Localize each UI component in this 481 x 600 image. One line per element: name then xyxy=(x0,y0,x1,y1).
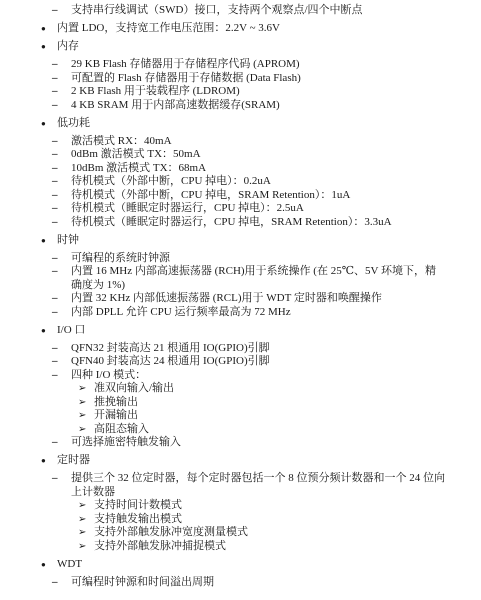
list-item-text: 定时器 xyxy=(57,454,445,468)
dash-icon: – xyxy=(52,436,71,450)
dash-icon: – xyxy=(52,58,71,72)
list-item-text: 支持时间计数模式 xyxy=(94,499,445,513)
list-item-text: 29 KB Flash 存储器用于存储程序代码 (APROM) xyxy=(71,58,445,72)
list-item: – 10dBm 激活模式 TX：68mA xyxy=(0,162,445,176)
list-item-text: 10dBm 激活模式 TX：68mA xyxy=(71,162,445,176)
list-item-text: 内置 16 MHz 内部高速振荡器 (RCH)用于系统操作 (在 25℃、5V … xyxy=(71,265,445,292)
bullet-icon: ● xyxy=(41,454,57,468)
bullet-icon: ● xyxy=(41,117,57,131)
arrow-icon: ➢ xyxy=(78,540,94,554)
list-item: ➢ 推挽输出 xyxy=(0,396,445,410)
list-item-text: 待机模式（睡眠定时器运行，CPU 掉电，SRAM Retention）：3.3u… xyxy=(71,216,445,230)
list-item: ➢ 开漏输出 xyxy=(0,409,445,423)
list-item: – 四种 I/O 模式： xyxy=(0,369,445,383)
bullet-icon: ● xyxy=(41,40,57,54)
list-item: – 可编程时钟源和时间溢出周期 xyxy=(0,576,445,590)
list-item-text: 0dBm 激活模式 TX：50mA xyxy=(71,148,445,162)
dash-icon: – xyxy=(52,216,71,230)
list-item-text: 内存 xyxy=(57,40,445,54)
list-item: – 待机模式（外部中断，CPU 掉电）：0.2uA xyxy=(0,175,445,189)
list-item-text: 内置 LDO，支持宽工作电压范围：2.2V ~ 3.6V xyxy=(57,22,445,36)
list-item: – 激活模式 RX：40mA xyxy=(0,135,445,149)
dash-icon: – xyxy=(52,306,71,320)
list-item: ● 内置 LDO，支持宽工作电压范围：2.2V ~ 3.6V xyxy=(0,22,445,36)
list-item-text: QFN40 封装高达 24 根通用 IO(GPIO)引脚 xyxy=(71,355,445,369)
dash-icon: – xyxy=(52,85,71,99)
dash-icon: – xyxy=(52,189,71,203)
dash-icon: – xyxy=(52,369,71,383)
dash-icon: – xyxy=(52,355,71,369)
bullet-icon: ● xyxy=(41,22,57,36)
list-item-text: 可编程时钟源和时间溢出周期 xyxy=(71,576,445,590)
dash-icon: – xyxy=(52,252,71,266)
dash-icon: – xyxy=(52,135,71,149)
list-item: – 待机模式（睡眠定时器运行，CPU 掉电，SRAM Retention）：3.… xyxy=(0,216,445,230)
dash-icon: – xyxy=(52,162,71,176)
bullet-icon: ● xyxy=(41,558,57,572)
list-item-text: 可配置的 Flash 存储器用于存储数据 (Data Flash) xyxy=(71,72,445,86)
list-item: ➢ 支持触发输出模式 xyxy=(0,513,445,527)
arrow-icon: ➢ xyxy=(78,423,94,437)
list-item: ● 内存 xyxy=(0,40,445,54)
arrow-icon: ➢ xyxy=(78,499,94,513)
list-item: – 内部 DPLL 允许 CPU 运行频率最高为 72 MHz xyxy=(0,306,445,320)
arrow-icon: ➢ xyxy=(78,513,94,527)
list-item-text: 待机模式（外部中断，CPU 掉电，SRAM Retention）：1uA xyxy=(71,189,445,203)
arrow-icon: ➢ xyxy=(78,382,94,396)
list-item: ● 低功耗 xyxy=(0,117,445,131)
arrow-icon: ➢ xyxy=(78,396,94,410)
document-page: – 支持串行线调试（SWD）接口，支持两个观察点/四个中断点 ● 内置 LDO，… xyxy=(0,0,481,589)
list-item-text: 高阻态输入 xyxy=(94,423,445,437)
list-item-text: 可编程的系统时钟源 xyxy=(71,252,445,266)
list-item: – 29 KB Flash 存储器用于存储程序代码 (APROM) xyxy=(0,58,445,72)
list-item-text: 待机模式（外部中断，CPU 掉电）：0.2uA xyxy=(71,175,445,189)
list-item-text: 四种 I/O 模式： xyxy=(71,369,445,383)
list-item-text: QFN32 封装高达 21 根通用 IO(GPIO)引脚 xyxy=(71,342,445,356)
list-item-text: 提供三个 32 位定时器，每个定时器包括一个 8 位预分频计数器和一个 24 位… xyxy=(71,472,445,499)
list-item-text: 时钟 xyxy=(57,234,445,248)
dash-icon: – xyxy=(52,148,71,162)
list-item: ➢ 支持外部触发脉冲宽度测量模式 xyxy=(0,526,445,540)
dash-icon: – xyxy=(52,265,71,279)
dash-icon: – xyxy=(52,202,71,216)
list-item: ➢ 高阻态输入 xyxy=(0,423,445,437)
list-item-text: 待机模式（睡眠定时器运行，CPU 掉电）：2.5uA xyxy=(71,202,445,216)
bullet-icon: ● xyxy=(41,234,57,248)
arrow-icon: ➢ xyxy=(78,526,94,540)
list-item: – 内置 16 MHz 内部高速振荡器 (RCH)用于系统操作 (在 25℃、5… xyxy=(0,265,445,292)
list-item: ➢ 支持时间计数模式 xyxy=(0,499,445,513)
list-item: ● 时钟 xyxy=(0,234,445,248)
list-item-text: 激活模式 RX：40mA xyxy=(71,135,445,149)
list-item: ● I/O 口 xyxy=(0,324,445,338)
list-item-text: 支持外部触发脉冲捕捉模式 xyxy=(94,540,445,554)
dash-icon: – xyxy=(52,576,71,590)
dash-icon: – xyxy=(52,292,71,306)
list-item: ➢ 支持外部触发脉冲捕捉模式 xyxy=(0,540,445,554)
list-item: ➢ 准双向输入/输出 xyxy=(0,382,445,396)
arrow-icon: ➢ xyxy=(78,409,94,423)
list-item: – 0dBm 激活模式 TX：50mA xyxy=(0,148,445,162)
list-item-text: 开漏输出 xyxy=(94,409,445,423)
list-item: – QFN32 封装高达 21 根通用 IO(GPIO)引脚 xyxy=(0,342,445,356)
list-item: – 可编程的系统时钟源 xyxy=(0,252,445,266)
list-item-text: 准双向输入/输出 xyxy=(94,382,445,396)
dash-icon: – xyxy=(52,342,71,356)
list-item: – 2 KB Flash 用于装载程序 (LDROM) xyxy=(0,85,445,99)
list-item: – QFN40 封装高达 24 根通用 IO(GPIO)引脚 xyxy=(0,355,445,369)
list-item: ● WDT xyxy=(0,558,445,572)
list-item: ● 定时器 xyxy=(0,454,445,468)
list-item-text: I/O 口 xyxy=(57,324,445,338)
list-item: – 待机模式（睡眠定时器运行，CPU 掉电）：2.5uA xyxy=(0,202,445,216)
list-item-text: 支持串行线调试（SWD）接口，支持两个观察点/四个中断点 xyxy=(71,4,445,18)
dash-icon: – xyxy=(52,175,71,189)
list-item-text: 支持外部触发脉冲宽度测量模式 xyxy=(94,526,445,540)
list-item: – 待机模式（外部中断，CPU 掉电，SRAM Retention）：1uA xyxy=(0,189,445,203)
list-item: – 提供三个 32 位定时器，每个定时器包括一个 8 位预分频计数器和一个 24… xyxy=(0,472,445,499)
list-item: – 内置 32 KHz 内部低速振荡器 (RCL)用于 WDT 定时器和唤醒操作 xyxy=(0,292,445,306)
dash-icon: – xyxy=(52,472,71,486)
list-item-text: WDT xyxy=(57,558,445,572)
bullet-icon: ● xyxy=(41,324,57,338)
list-item-text: 低功耗 xyxy=(57,117,445,131)
list-item-text: 推挽输出 xyxy=(94,396,445,410)
list-item-text: 内置 32 KHz 内部低速振荡器 (RCL)用于 WDT 定时器和唤醒操作 xyxy=(71,292,445,306)
dash-icon: – xyxy=(52,72,71,86)
list-item: – 4 KB SRAM 用于内部高速数据缓存(SRAM) xyxy=(0,99,445,113)
list-item-text: 4 KB SRAM 用于内部高速数据缓存(SRAM) xyxy=(71,99,445,113)
list-item-text: 可选择施密特触发输入 xyxy=(71,436,445,450)
list-item: – 支持串行线调试（SWD）接口，支持两个观察点/四个中断点 xyxy=(0,4,445,18)
list-item-text: 2 KB Flash 用于装载程序 (LDROM) xyxy=(71,85,445,99)
dash-icon: – xyxy=(52,4,71,18)
dash-icon: – xyxy=(52,99,71,113)
list-item: – 可选择施密特触发输入 xyxy=(0,436,445,450)
list-item: – 可配置的 Flash 存储器用于存储数据 (Data Flash) xyxy=(0,72,445,86)
list-item-text: 内部 DPLL 允许 CPU 运行频率最高为 72 MHz xyxy=(71,306,445,320)
list-item-text: 支持触发输出模式 xyxy=(94,513,445,527)
